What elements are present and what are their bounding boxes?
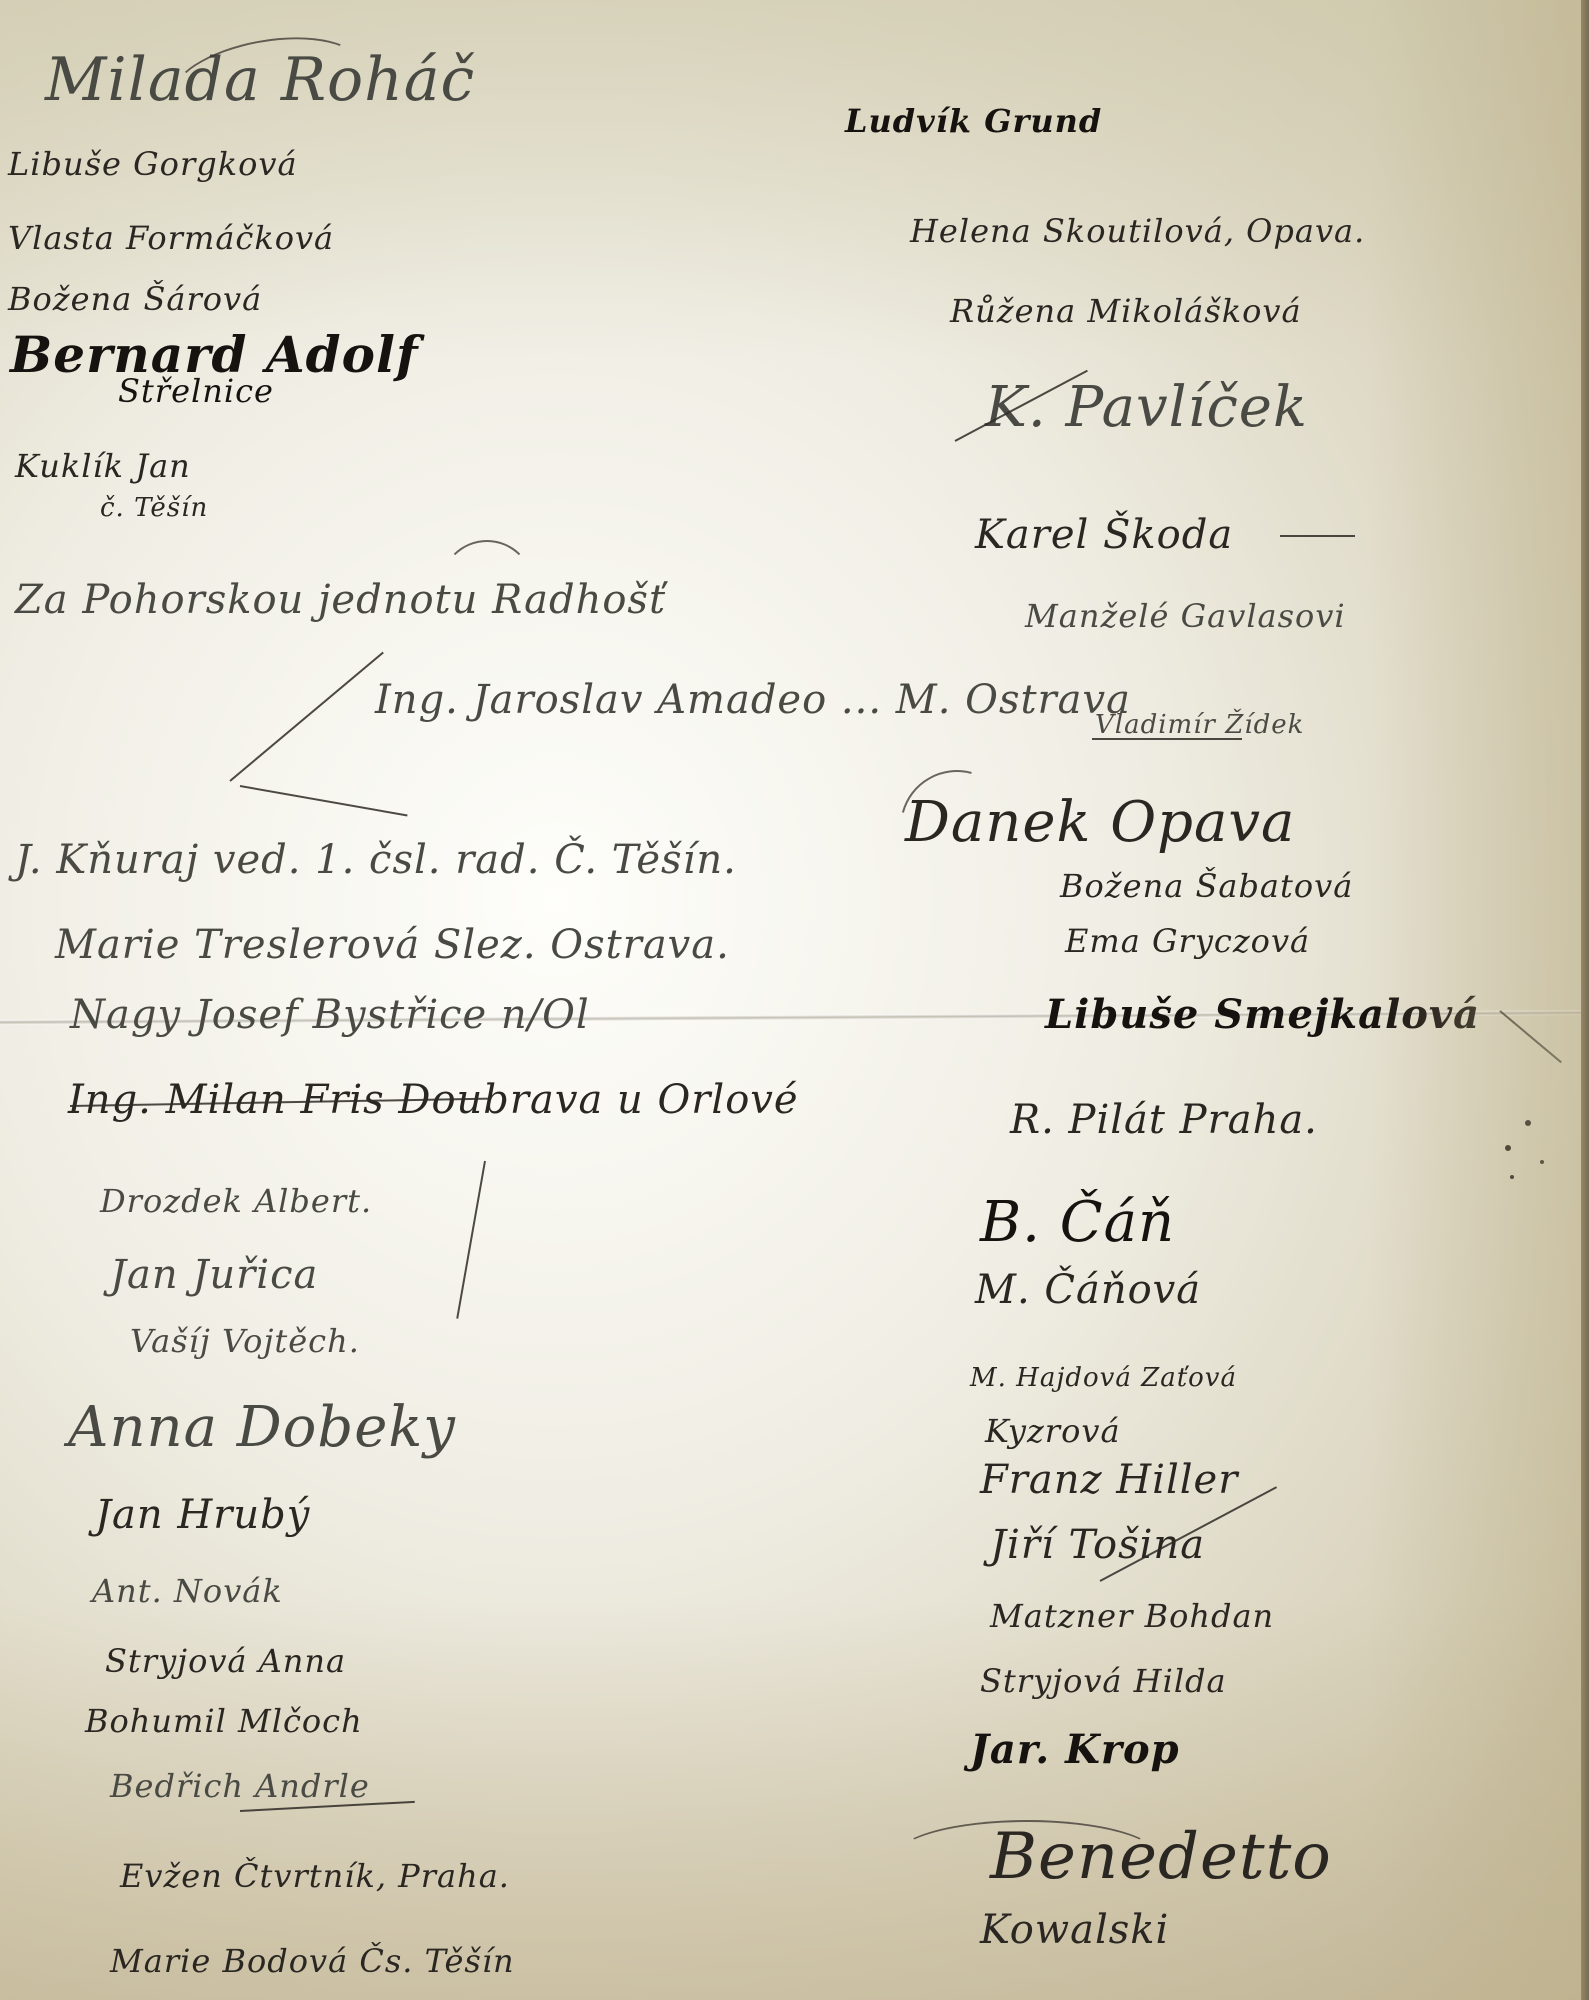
signature-libuse-smejkalova: Libuše Smejkalová	[1045, 995, 1480, 1035]
signature-flourish	[440, 540, 534, 634]
signature-m-canova: M. Čáňová	[975, 1270, 1201, 1310]
signature-jar-krop: Jar. Krop	[970, 1730, 1180, 1770]
signature-matzner-bohdan: Matzner Bohdan	[990, 1600, 1274, 1632]
signature-ludvik-grund: Ludvík Grund	[845, 105, 1102, 137]
signature-jan-hruby: Jan Hrubý	[95, 1495, 310, 1535]
signature-flourish	[879, 749, 1035, 905]
signature-evzen-ctvrtnik-praha: Evžen Čtvrtník, Praha.	[120, 1860, 510, 1892]
signature-pohorska-jednota-radhost: Za Pohorskou jednotu Radhošť	[15, 580, 666, 620]
signature-kowalski: Kowalski	[980, 1910, 1169, 1950]
signature-jiri-tosina: Jiří Tošina	[990, 1525, 1205, 1565]
signature-kuklik-jan: Kuklík Jan	[15, 450, 191, 482]
signature-stryjova-hilda: Stryjová Hilda	[980, 1665, 1227, 1697]
ink-blot	[1525, 1120, 1531, 1126]
signature-ant-novak: Ant. Novák	[92, 1575, 283, 1607]
ink-blot	[1510, 1175, 1514, 1179]
signature-franz-hiller: Franz Hiller	[980, 1460, 1238, 1500]
signature-marie-treslerova: Marie Treslerová Slez. Ostrava.	[55, 925, 730, 965]
signature-stroke	[229, 652, 383, 782]
ink-blot	[1540, 1160, 1544, 1164]
signature-karel-skoda: Karel Škoda	[975, 515, 1233, 555]
signature-stroke	[240, 785, 408, 816]
signature-drozdek-albert: Drozdek Albert.	[100, 1185, 372, 1217]
signature-marie-bodova-tesin: Marie Bodová Čs. Těšín	[110, 1945, 515, 1977]
signature-stryjova-anna: Stryjová Anna	[105, 1645, 346, 1677]
signature-underline	[1092, 738, 1242, 740]
signature-vasij-vojtech: Vašíj Vojtěch.	[130, 1325, 360, 1357]
signature-knuraj-ved-rad-tesin: J. Kňuraj ved. 1. čsl. rad. Č. Těšín.	[15, 840, 737, 880]
signature-ema-gryczova: Ema Gryczová	[1065, 925, 1310, 957]
signature-manzele-gavlasovi: Manželé Gavlasovi	[1025, 600, 1346, 632]
signature-bohumil-mlcoch: Bohumil Mlčoch	[85, 1705, 363, 1737]
signature-helena-skoutilova-opava: Helena Skoutilová, Opava.	[910, 215, 1365, 247]
signature-k-pavlicek: K. Pavlíček	[985, 380, 1308, 436]
signature-location-strelnice: Střelnice	[118, 375, 274, 407]
signature-stroke	[456, 1161, 486, 1319]
signature-anna-dobeky: Anna Dobeky	[68, 1400, 456, 1456]
signature-stroke	[1499, 1010, 1562, 1063]
signature-jan-jurica: Jan Juřica	[110, 1255, 318, 1295]
signature-ing-jaroslav-ostrava: Ing. Jaroslav Amadeo ... M. Ostrava	[375, 680, 1131, 720]
signature-bozena-sabatova: Božena Šabatová	[1060, 870, 1353, 902]
signature-location-cesky-tesin: č. Těšín	[100, 495, 208, 521]
signature-nagy-josef: Nagy Josef Bystřice n/Ol	[70, 995, 590, 1035]
signature-libuse-gorgkova: Libuše Gorgková	[8, 148, 298, 180]
signature-stroke	[1280, 535, 1355, 537]
signature-flourish	[895, 1820, 1159, 1894]
signature-ruzena-mikolaskova: Růžena Mikolášková	[950, 295, 1302, 327]
signature-bedrich-andrle: Bedřich Andrle	[110, 1770, 370, 1802]
signature-r-pilat-praha: R. Pilát Praha.	[1010, 1100, 1318, 1140]
signature-bozena-sarova: Božena Šárová	[8, 283, 262, 315]
signature-sheet: Milada Roháč Libuše Gorgková Vlasta Form…	[0, 0, 1589, 2000]
signature-vladimir-zidek: Vladimír Žídek	[1095, 712, 1304, 738]
ink-blot	[1505, 1145, 1511, 1151]
signature-vlasta-formackova: Vlasta Formáčková	[8, 222, 334, 254]
signature-kyzrova: Kyzrová	[985, 1415, 1121, 1447]
sheet-edge-shadow	[1581, 0, 1589, 2000]
signature-flourish	[164, 24, 370, 140]
signature-m-hajdova-zatova: M. Hajdová Zaťová	[970, 1365, 1237, 1391]
signature-b-can: B. Čáň	[980, 1195, 1175, 1251]
